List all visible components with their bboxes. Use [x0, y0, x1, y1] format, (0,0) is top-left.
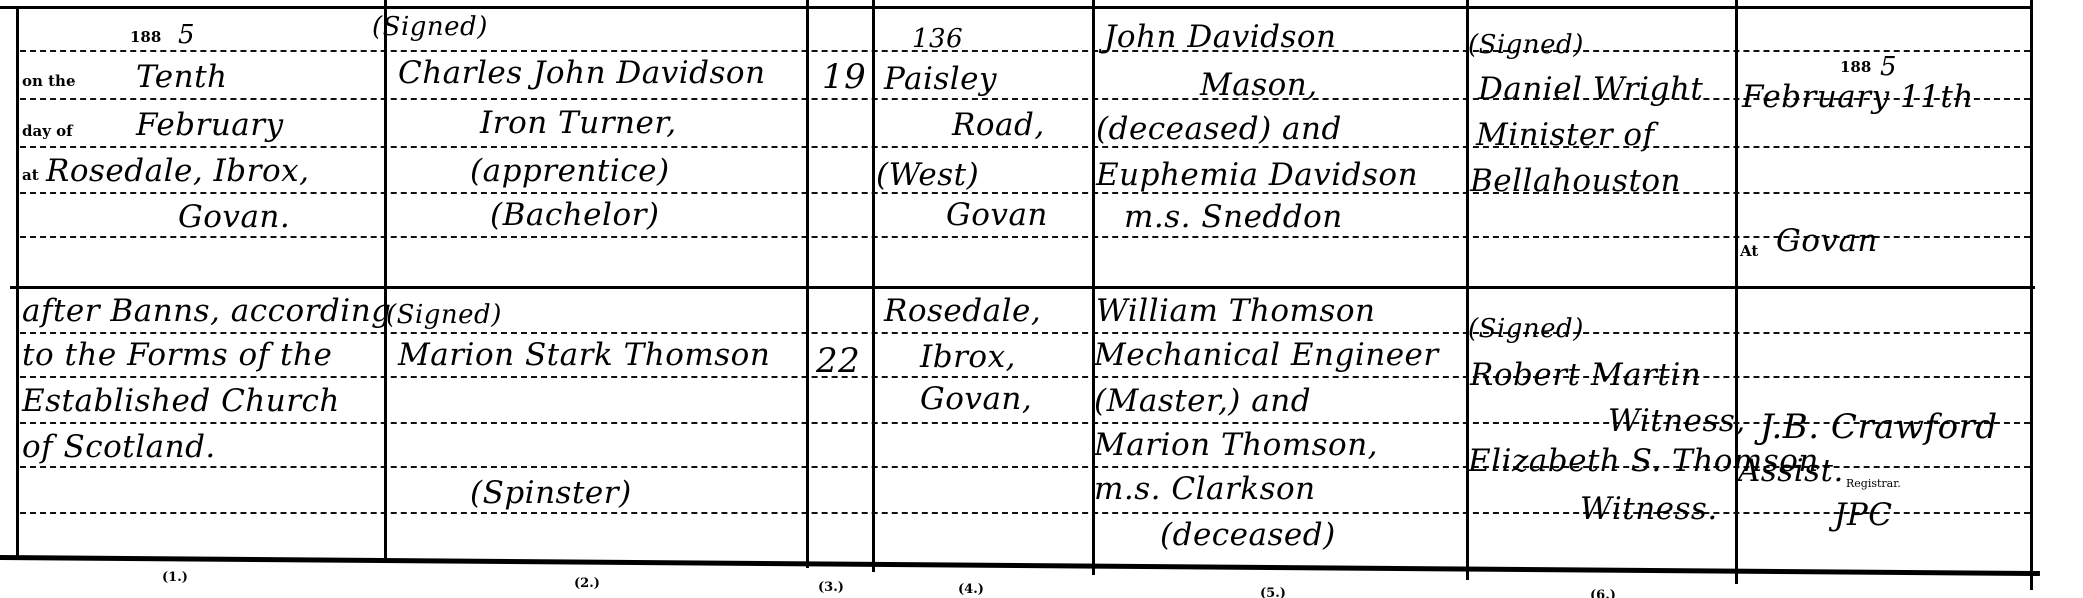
col-rule	[384, 0, 387, 560]
bride-name: Marion Stark Thomson	[398, 340, 770, 371]
column-number-5: (5.)	[1260, 586, 1286, 598]
rule	[20, 192, 2030, 194]
minister-signed: (Signed)	[1468, 32, 1584, 58]
rule	[20, 146, 2030, 148]
col1-year-handwritten: 5	[178, 22, 195, 48]
groom-occupation-line1: Iron Turner,	[480, 108, 677, 139]
column-number-1: (1.)	[162, 570, 188, 585]
marriage-place-line2: Govan.	[178, 202, 290, 233]
col-rule	[1466, 0, 1469, 580]
entry-separator	[10, 286, 2035, 289]
bride-father: William Thomson	[1096, 296, 1375, 327]
bride-age: 22	[816, 344, 860, 378]
groom-residence-line5: Govan	[946, 200, 1048, 231]
registration-place: Govan	[1776, 226, 1878, 257]
groom-residence-line3: Road,	[952, 110, 1045, 141]
col-rule	[806, 0, 809, 568]
ceremony-line2: to the Forms of the	[22, 340, 332, 371]
column-number-2: (2.)	[574, 576, 600, 591]
col-rule	[1735, 0, 1738, 584]
rule	[20, 50, 2030, 52]
col7-year-handwritten: 5	[1880, 54, 1897, 80]
col-rule	[2030, 0, 2033, 590]
groom-residence-line4: (West)	[876, 160, 979, 191]
top-rule	[0, 6, 2030, 9]
rule	[20, 376, 2030, 378]
column-number-3: (3.)	[818, 580, 844, 595]
ceremony-line3: Established Church	[22, 386, 340, 417]
groom-father: John Davidson	[1104, 22, 1337, 53]
ceremony-line1: after Banns, according	[22, 296, 392, 327]
groom-father-occupation: Mason,	[1200, 70, 1318, 101]
rule	[20, 98, 2030, 100]
witnesses-signed: (Signed)	[1468, 316, 1584, 342]
bride-signed: (Signed)	[386, 302, 502, 328]
registration-date: February 11th	[1742, 82, 1974, 113]
rule	[20, 332, 2030, 334]
col1-year-printed: 188	[130, 30, 161, 45]
registrar-label: Registrar.	[1846, 478, 1901, 489]
groom-mother-maiden: m.s. Sneddon	[1124, 202, 1343, 233]
register-page: 188 5 on the Tenth day of February at Ro…	[0, 0, 2083, 598]
registrar-name: J.B. Crawford	[1760, 410, 1998, 444]
bride-residence-line3: Govan,	[920, 384, 1032, 415]
registrar-title: Assist.	[1738, 456, 1844, 487]
minister-name: Daniel Wright	[1478, 74, 1703, 105]
column-number-6: (6.)	[1590, 588, 1616, 598]
rule	[20, 236, 2030, 238]
column-number-4: (4.)	[958, 582, 984, 597]
minister-title-line2: Bellahouston	[1470, 166, 1681, 197]
ceremony-line4: of Scotland.	[22, 432, 216, 463]
groom-occupation-line2: (apprentice)	[470, 156, 670, 187]
groom-status: (Bachelor)	[490, 200, 660, 231]
bride-mother: Marion Thomson,	[1094, 430, 1378, 461]
groom-residence-line1: 136	[912, 26, 963, 52]
witness1-name: Robert Martin	[1470, 360, 1701, 391]
groom-mother: Euphemia Davidson	[1096, 160, 1418, 191]
bride-parents-line6: (deceased)	[1160, 520, 1336, 551]
bride-status: (Spinster)	[470, 478, 632, 509]
bride-residence-line2: Ibrox,	[920, 342, 1016, 373]
rule	[20, 512, 2030, 514]
bride-mother-maiden: m.s. Clarkson	[1094, 474, 1316, 505]
col-rule	[872, 0, 875, 572]
bride-father-occupation: Mechanical Engineer	[1094, 340, 1439, 371]
at-label: at	[22, 168, 39, 183]
marriage-day: Tenth	[136, 62, 228, 93]
minister-title-line1: Minister of	[1476, 120, 1655, 151]
marriage-place-line1: Rosedale, Ibrox,	[46, 156, 309, 187]
bride-residence-line1: Rosedale,	[884, 296, 1041, 327]
groom-age: 19	[822, 60, 866, 94]
bottom-rule	[0, 555, 2040, 576]
marriage-month: February	[136, 110, 284, 141]
groom-parents-line3: (deceased) and	[1096, 114, 1342, 145]
witness2-role: Witness.	[1580, 494, 1718, 525]
on-the-label: on the	[22, 74, 76, 89]
col-rule	[16, 6, 19, 558]
col7-year-printed: 188	[1840, 60, 1871, 75]
registrar-initials: JPC	[1834, 500, 1893, 531]
registration-at-label: At	[1740, 244, 1758, 259]
bride-parents-line3: (Master,) and	[1094, 386, 1311, 417]
groom-residence-line2: Paisley	[884, 64, 997, 95]
groom-name: Charles John Davidson	[398, 58, 766, 89]
groom-signed: (Signed)	[372, 14, 488, 40]
day-of-label: day of	[22, 124, 73, 139]
witness1-role: Witness,	[1608, 406, 1746, 437]
